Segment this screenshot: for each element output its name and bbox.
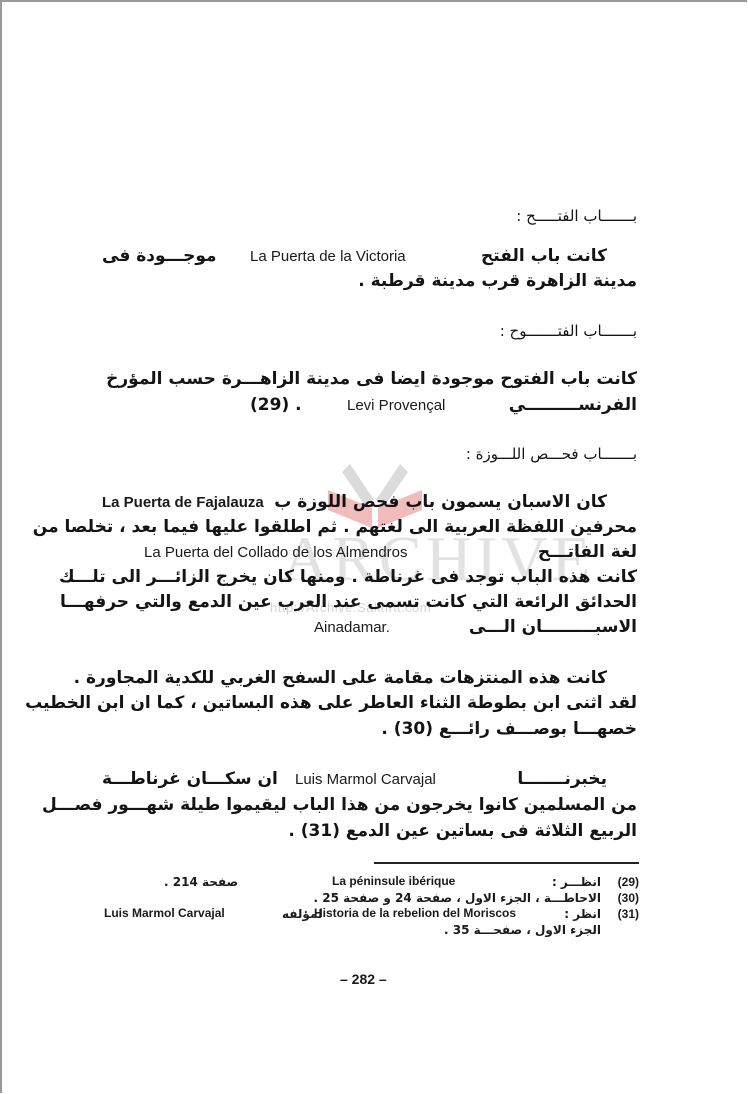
footnote-text: الاحاطـــة ، الجزء الاول ، صفحة 24 و صفح… [313, 891, 601, 906]
footnote-latin: Historia de la rebelion del Moriscos [314, 906, 516, 921]
section-heading-bab-fahs-al-lawza: بـــــــاب فحـــص اللـــوزة : [466, 443, 637, 465]
text-segment: الاسبـــــــــان الـــى [469, 616, 637, 638]
document-page: ARCHIVE http://Archive.Sakhrit.com بــــ… [0, 0, 747, 1093]
footnote-text: صفحة 214 . [164, 875, 238, 890]
paragraph-line: الربيع الثلاثة فى بساتين عين الدمع (31) … [288, 820, 637, 842]
paragraph-line: من المسلمين كانوا يخرجون من هذا الباب لي… [42, 794, 637, 816]
text-segment: كانت باب الفتح [481, 245, 607, 267]
text-segment: يخبرنـــــــا [517, 768, 607, 790]
footnote-latin: La péninsule ibérique [332, 874, 455, 889]
paragraph-line: كانت باب الفتوح موجودة ايضا فى مدينة الز… [102, 368, 637, 390]
paragraph-line: الفرنســـــــــي Levi Provençal . (29) [102, 394, 637, 416]
paragraph-line: الحدائق الرائعة التي كانت تسمى عند العرب… [60, 591, 637, 613]
section-heading-bab-al-futuh: بـــــــاب الفتـــــــوح : [500, 320, 637, 342]
footnote-latin: Luis Marmol Carvajal [104, 906, 225, 921]
latin-term: La Puerta de la Victoria [250, 246, 406, 268]
paragraph-line: محرفين اللفظة العربية الى لغتهم . ثم اطل… [33, 516, 637, 538]
latin-term: Levi Provençal [347, 395, 445, 417]
footnote-text: لمؤلفه [282, 907, 323, 922]
footnote-continuation: الجزء الاول ، صفحـــة 35 . [444, 923, 601, 938]
paragraph-line: خصهـــا بوصـــف رائـــع (30) . [381, 718, 637, 740]
paragraph-line: كان الاسبان يسمون باب فحص اللوزة ب La Pu… [102, 491, 637, 513]
paragraph-line: كانت هذه المنتزهات مقامة على السفح الغرب… [74, 667, 607, 689]
text-segment: لغة الفاتـــح [538, 541, 637, 563]
footnote-ref: . (29) [250, 394, 302, 416]
text-segment: كان الاسبان يسمون باب فحص اللوزة ب [274, 491, 607, 513]
footnote-text: انظـــر : [552, 875, 601, 890]
paragraph-line: كانت باب الفتح La Puerta de la Victoria … [102, 245, 637, 267]
paragraph-line: لقد اثنى ابن بطوطة الثناء العاطر على هذه… [25, 692, 637, 714]
text-segment: موجـــودة فى [102, 245, 217, 267]
latin-term: Luis Marmol Carvajal [295, 769, 436, 791]
text-segment: الفرنســـــــــي [509, 394, 637, 416]
latin-term: La Puerta de Fajalauza [102, 492, 264, 514]
latin-term: La Puerta del Collado de los Almendros [144, 542, 408, 564]
paragraph-line: مدينة الزاهرة قرب مدينة قرطبة . [358, 270, 637, 292]
latin-term: Ainadamar. [314, 617, 390, 639]
paragraph-line: يخبرنـــــــا Luis Marmol Carvajal ان سك… [102, 768, 637, 790]
text-segment: ان سكـــان غرناطـــة [102, 768, 278, 790]
footnote-number: (29) [618, 875, 639, 890]
section-heading-bab-al-fath: بـــــــاب الفتـــــح : [516, 205, 637, 227]
paragraph-line: كانت هذه الباب توجد فى غرناطة . ومنها كا… [59, 566, 637, 588]
page-number: – 282 – [340, 972, 387, 987]
footnote-text: انظر : [564, 907, 601, 922]
paragraph-line: الاسبـــــــــان الـــى Ainadamar. [102, 616, 637, 638]
footnote-number: (30) [618, 891, 639, 906]
paragraph-line: لغة الفاتـــح La Puerta del Collado de l… [102, 541, 637, 563]
footnote-number: (31) [618, 907, 639, 922]
footnote-separator [374, 862, 639, 864]
